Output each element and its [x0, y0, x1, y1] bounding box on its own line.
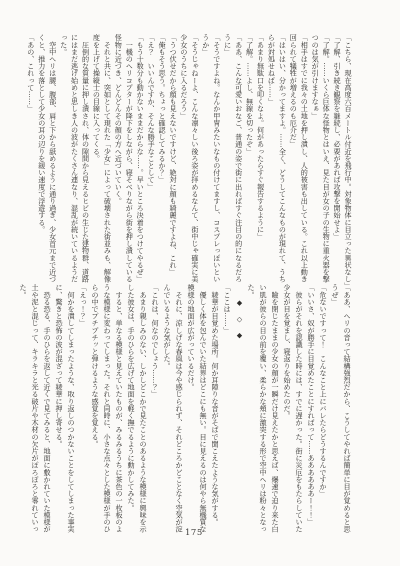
- text-line: うな模様に変わってしまった。それと同時に、小さな点々とした模様が手のひ: [101, 284, 113, 540]
- text-line: らの中でプチプチッと弾けるような感覚を覚える。: [89, 284, 101, 540]
- text-line: 怪物に近づき、どんどんその顔の方へ近づいていく。: [112, 34, 123, 290]
- text-line: 「あまり無駄口を叩くなよ。何があったらすぐ報告するように」: [255, 34, 266, 290]
- text-line: い肌が彼らの目の前を覆い、柔らかな頬に激突する形で空中ヘリは粉々となっ: [257, 284, 269, 540]
- text-line: 「あの、これって……」: [25, 34, 36, 290]
- book-page: 「こちら、現在高度六百メートル付近を飛行中。対象物体に目立った異状なし」「了解、…: [0, 0, 400, 566]
- text-line: 何かを潰してしまったような、取り返しのつかないことをしてしまった事実: [65, 284, 77, 540]
- text-line: 「えっ！？」: [77, 284, 89, 540]
- text-line: 「相手はすでに我々の土地を押し潰し、人的被害も出している。これ以上動き: [298, 34, 309, 290]
- text-line: た。: [17, 284, 29, 540]
- text-line: 綾華が目覚めた場所。何か耳障りな音がそばで聞こえたような気がする。: [209, 284, 221, 540]
- text-line: くと、推力を落として少女の耳の辺りを緩い速度で浮遊する。: [36, 34, 47, 290]
- text-line: それと共に、突如として現れた「少女」によって破壊された街並みも、解像: [101, 34, 112, 290]
- text-line: 「これは、何なのでしょう……？」: [149, 284, 161, 540]
- text-line: 「了解。……いくら巨体な怪物とはいえ、見た目が女の子の生物に重火器を撃: [320, 34, 331, 290]
- text-line: うぜ」: [329, 284, 341, 540]
- text-line: らが対処せねば……」: [266, 34, 277, 290]
- text-line: 度を上げて操縦士の目線に入ってくる。: [91, 34, 102, 290]
- text-line: すると、単なる模様と見えていたものが、みるみるうちに茶色の一枚板のよ: [113, 284, 125, 540]
- text-line: 「俺もそう思う。ちょっと確認してみるか？」: [156, 34, 167, 290]
- text-line: 「了解、引き続き観察を継続し、必要があれば攻撃を開始せよ」: [331, 34, 342, 290]
- text-line: 恐る恐る、手のひらを返して近くで見てみると、地面に敷かれていた模様が: [41, 284, 53, 540]
- text-line: った。: [58, 34, 69, 290]
- text-line: 「こちら、現在高度六百メートル付近を飛行中。対象物体に目立った異状なし」: [342, 34, 353, 290]
- text-line: うか」: [200, 34, 211, 290]
- text-line: つのは気が引けますなぁ」: [309, 34, 320, 290]
- text-line: 「危ないですって！ こんなこと上にバレたらどうするんですか」: [317, 284, 329, 540]
- text-line: ◆ ◇ ◆: [233, 284, 245, 540]
- text-line: 一機のヘリコプターが降下をしながら、寝そべりながら街を押し潰している: [123, 34, 134, 290]
- page-number: 175: [185, 528, 203, 538]
- text-line: あまり親しみのない、しかしどこかで見たことのあるような模様に興味を示: [137, 284, 149, 540]
- text-line: 空中ヘリは腰、腹部、肩と下から舐めるように通り過ぎ、少女首元まで近づ: [47, 34, 58, 290]
- text-line: んでいるような気がした。: [161, 284, 173, 540]
- text-line: 「ここは……」: [221, 284, 233, 540]
- text-line: 圧倒的な質量に押し潰され、体の隙間から見えるヒビの生じた建物群、道路: [80, 34, 91, 290]
- text-line: 少女のうちに入るだろう」: [178, 34, 189, 290]
- text-line: 「了解。……よし、無線を切ったぞ」: [244, 34, 255, 290]
- text-block-bottom: 「ああ、ヘリの音って結構強烈だから、こうしてやれば簡単に目が覚めると思うぜ」「危…: [17, 284, 353, 540]
- text-line: それに、涼しげな春風は今や感じられず、それどころかどことなく空気が淀: [173, 284, 185, 540]
- text-line: 彼らがそれを認識した時には、すでに遅かった。街に災厄をもたらしていた: [293, 284, 305, 540]
- text-line: 「もう十数分も動かないままだからな……。早いところ決着をつけてやるぜ」: [134, 34, 145, 290]
- text-line: 模様の地面が広がっているだけ。: [185, 284, 197, 540]
- text-line: 「うつ伏せだから顔も見えないですけど、絶対に顔も綺麗ですよね、これ」: [167, 34, 178, 290]
- text-line: 「そうですよね。なんか甲冑みたいなもの付けてますし、コスプレっぽいとい: [211, 34, 222, 290]
- text-line: 「ああ、ヘリの音って結構強烈だから、こうしてやれば簡単に目が覚めると思: [341, 284, 353, 540]
- text-line: 「そうじゃねーよ、こんな凛々しい後ろ姿が拝めるなんて、街中じゃ確実に美: [189, 34, 200, 290]
- text-line: した彼女は、手のひらを広げて地面を軽く撫でるように動かしてみた。: [125, 284, 137, 540]
- text-line: 「はいはい、分かってますよ。……全く、どうしてこんなものが現れて、うち: [276, 34, 287, 290]
- text-line: に、驚きと恐怖の波が混ざって綾華に押し寄せる。: [53, 284, 65, 540]
- text-line: 土や泥と混じって、キラキラと光る破片や木材の欠片がぽろぽろと零れていっ: [29, 284, 41, 540]
- text-line: た。: [245, 284, 257, 540]
- text-block-top: 「こちら、現在高度六百メートル付近を飛行中。対象物体に目立った異状なし」「了解、…: [25, 34, 353, 290]
- text-line: 「ああ、こんな可愛いおなご、普通の姿で街に出ればすぐ注目の的になるだろ: [233, 34, 244, 290]
- text-line: 瞼を閉じたままの少女の顔が一瞬だけ見えたかと思えば、爆速で迫り来た白: [269, 284, 281, 540]
- text-line: 少女が目を覚まし、寝返りを始めたのだ。: [281, 284, 293, 540]
- text-line: 「いいさ、奴が勝手に目覚めたことにすればって……ああああああー！！」: [305, 284, 317, 540]
- text-line: うに」: [222, 34, 233, 290]
- text-line: 回られて犠牲が増えるのも厄介だ」: [287, 34, 298, 290]
- text-line: 優しく体を包んでいた結界はどこにも無い。目に見えるのは何やら無機質な: [197, 284, 209, 540]
- text-line: にはまだ逃げ始めと思しき人の波がたくさん連なり、混乱が続いているようだ: [69, 34, 80, 290]
- text-line: 「え？ いいんですか、そんな勝手なことして」: [145, 34, 156, 290]
